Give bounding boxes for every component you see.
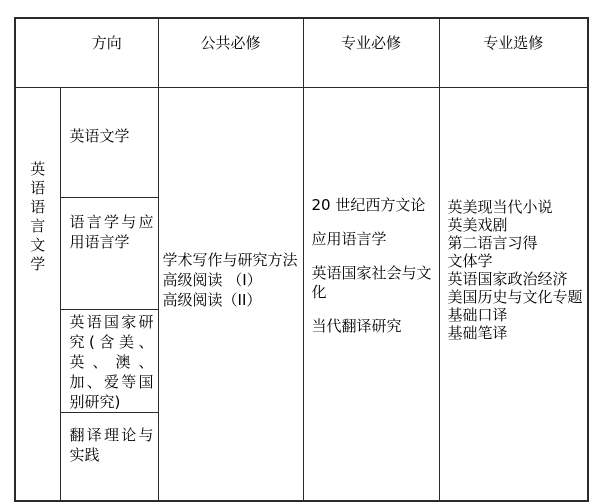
course-item: 高级阅读（II） bbox=[163, 290, 301, 310]
public-required-course-list: 学术写作与研究方法 高级阅读 （I） 高级阅读（II） bbox=[158, 87, 303, 501]
curriculum-table: 方向 公共必修 专业必修 专业选修 英语语言文学 英语文学 学术写作与研究方法 … bbox=[14, 17, 589, 502]
header-row: 方向 公共必修 专业必修 专业选修 bbox=[15, 18, 588, 87]
course-item: 20 世纪西方文论 bbox=[312, 196, 437, 215]
body-row-english-literature: 英语语言文学 英语文学 学术写作与研究方法 高级阅读 （I） 高级阅读（II） … bbox=[15, 87, 588, 197]
direction-applied-linguistics: 语言学与应用语言学 bbox=[60, 197, 158, 309]
major-required-course-list: 20 世纪西方文论 应用语言学 英语国家社会与文化 当代翻译研究 bbox=[303, 87, 439, 501]
direction-english-literature: 英语文学 bbox=[60, 87, 158, 197]
course-item: 英美现当代小说 bbox=[448, 198, 586, 216]
course-item: 文体学 bbox=[448, 252, 586, 270]
course-item: 英语国家政治经济 bbox=[448, 270, 586, 288]
course-item: 应用语言学 bbox=[312, 230, 437, 249]
major-elective-course-list: 英美现当代小说 英美戏剧 第二语言习得 文体学 英语国家政治经济 美国历史与文化… bbox=[439, 87, 588, 501]
header-major-required: 专业必修 bbox=[303, 18, 439, 87]
course-item: 基础口译 bbox=[448, 306, 586, 324]
header-direction: 方向 bbox=[15, 18, 158, 87]
direction-translation-theory: 翻译理论与实践 bbox=[60, 412, 158, 501]
course-item: 高级阅读 （I） bbox=[163, 270, 301, 290]
course-item: 美国历史与文化专题 bbox=[448, 288, 586, 306]
course-item: 基础笔译 bbox=[448, 324, 586, 342]
course-item: 学术写作与研究方法 bbox=[163, 250, 301, 270]
direction-country-studies: 英语国家研究(含美、英、澳、加、爱等国别研究) bbox=[60, 309, 158, 412]
header-public-required: 公共必修 bbox=[158, 18, 303, 87]
course-item: 英语国家社会与文化 bbox=[312, 264, 437, 302]
header-major-elective: 专业选修 bbox=[439, 18, 588, 87]
program-name-vertical: 英语语言文学 bbox=[15, 87, 60, 501]
course-item: 英美戏剧 bbox=[448, 216, 586, 234]
course-item: 第二语言习得 bbox=[448, 234, 586, 252]
course-item: 当代翻译研究 bbox=[312, 317, 437, 336]
